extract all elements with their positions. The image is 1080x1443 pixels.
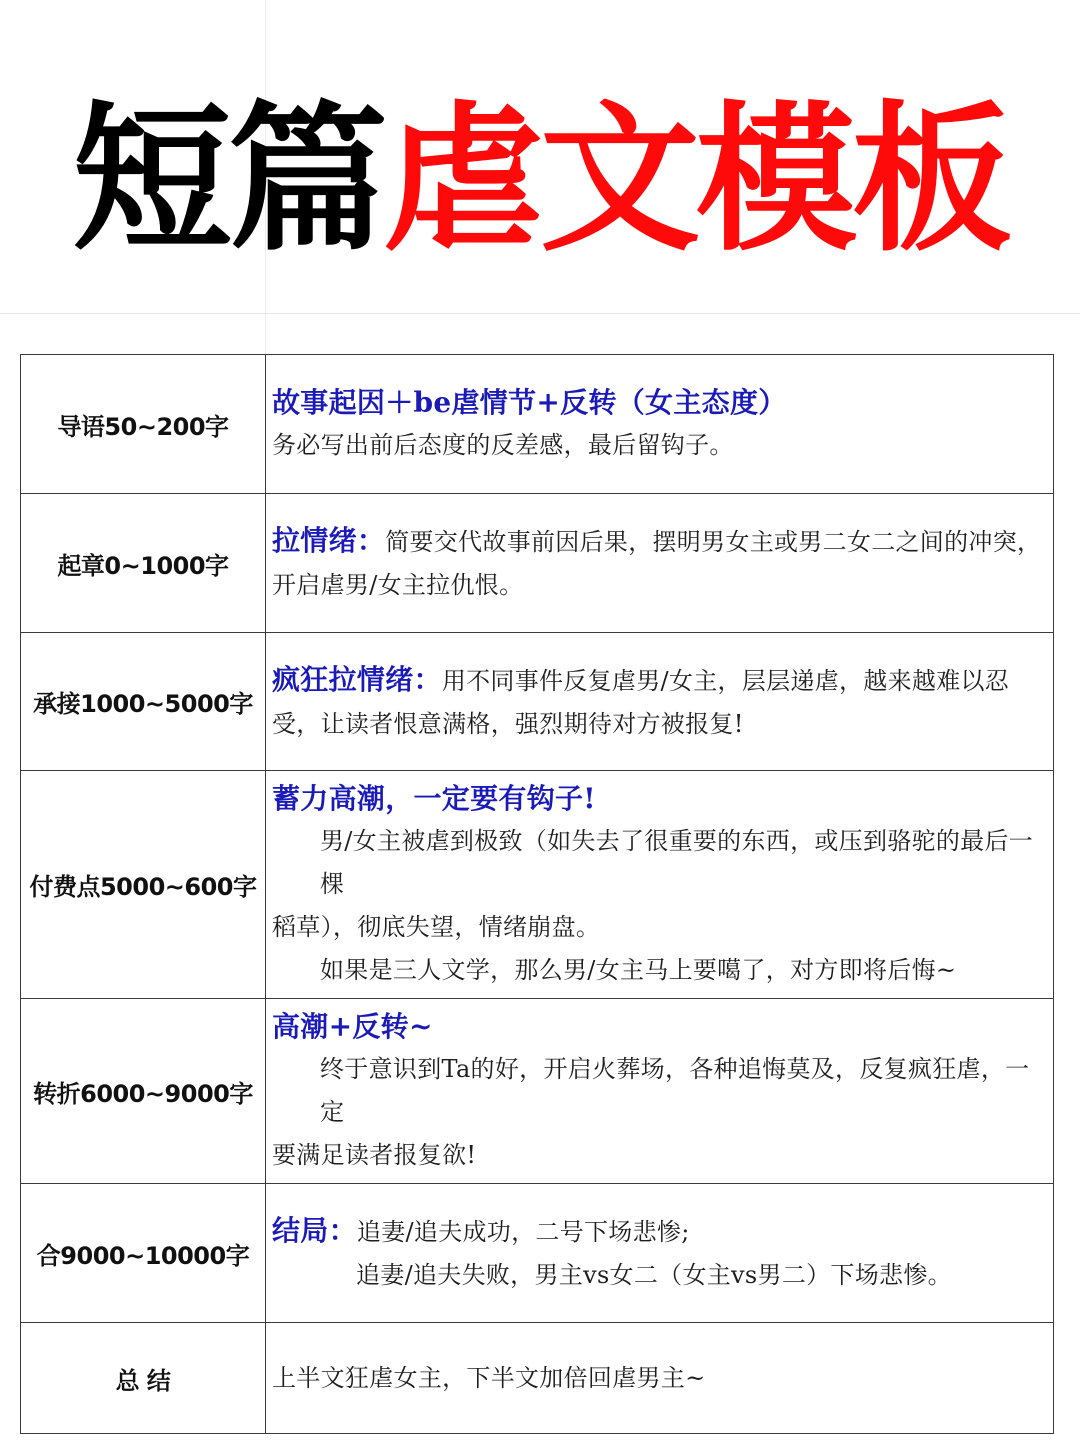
row-content: 高潮+反转~ 终于意识到Ta的好，开启火葬场，各种追悔莫及，反复疯狂虐，一定 要…: [266, 999, 1054, 1184]
row-heading: 蓄力高潮，一定要有钩子!: [272, 777, 1047, 820]
row-heading: 高潮+反转~: [272, 1005, 1047, 1048]
row-text: 上半文狂虐女主，下半文加倍回虐男主~: [272, 1357, 1047, 1400]
row-label: 起章0~1000字: [21, 494, 266, 633]
title-red-part: 虐文模板: [384, 86, 1008, 273]
table-row: 转折6000~9000字 高潮+反转~ 终于意识到Ta的好，开启火葬场，各种追悔…: [21, 999, 1054, 1184]
row-text: 终于意识到Ta的好，开启火葬场，各种追悔莫及，反复疯狂虐，一定: [272, 1048, 1047, 1134]
row-label: 导语50~200字: [21, 355, 266, 494]
row-heading: 疯狂拉情绪：: [272, 663, 442, 696]
table-row: 起章0~1000字 拉情绪：简要交代故事前因后果，摆明男女主或男二女二之间的冲突…: [21, 494, 1054, 633]
row-text: 开启虐男/女主拉仇恨。: [272, 564, 1047, 607]
row-text: 用不同事件反复虐男/女主，层层递虐，越来越难以忍: [442, 667, 1009, 695]
table-row: 承接1000~5000字 疯狂拉情绪：用不同事件反复虐男/女主，层层递虐，越来越…: [21, 633, 1054, 771]
page-title: 短篇虐文模板: [0, 90, 1080, 270]
row-text: 追妻/追夫失败，男主vs女二（女主vs男二）下场悲惨。: [272, 1254, 1047, 1297]
row-content: 上半文狂虐女主，下半文加倍回虐男主~: [266, 1323, 1054, 1434]
grid-line-horizontal: [0, 313, 1080, 314]
row-label: 承接1000~5000字: [21, 633, 266, 771]
row-label: 总 结: [21, 1323, 266, 1434]
template-table: 导语50~200字 故事起因＋be虐情节+反转（女主态度） 务必写出前后态度的反…: [20, 354, 1054, 1434]
row-heading: 拉情绪：: [272, 524, 385, 557]
row-label: 合9000~10000字: [21, 1184, 266, 1323]
row-heading: 结局：: [272, 1214, 357, 1247]
row-text: 追妻/追夫成功，二号下场悲惨;: [357, 1218, 690, 1246]
row-text: 男/女主被虐到极致（如失去了很重要的东西，或压到骆驼的最后一棵: [272, 820, 1047, 906]
row-label: 转折6000~9000字: [21, 999, 266, 1184]
row-text: 稻草），彻底失望，情绪崩盘。: [272, 906, 1047, 949]
row-content: 拉情绪：简要交代故事前因后果，摆明男女主或男二女二之间的冲突， 开启虐男/女主拉…: [266, 494, 1054, 633]
row-text: 简要交代故事前因后果，摆明男女主或男二女二之间的冲突，: [385, 528, 1041, 556]
row-text: 受，让读者恨意满格，强烈期待对方被报复!: [272, 703, 1047, 746]
row-content: 故事起因＋be虐情节+反转（女主态度） 务必写出前后态度的反差感，最后留钩子。: [266, 355, 1054, 494]
table-row: 付费点5000~600字 蓄力高潮，一定要有钩子! 男/女主被虐到极致（如失去了…: [21, 771, 1054, 999]
row-heading: 故事起因＋be虐情节+反转（女主态度）: [272, 381, 1047, 424]
row-text: 务必写出前后态度的反差感，最后留钩子。: [272, 424, 1047, 467]
row-content: 蓄力高潮，一定要有钩子! 男/女主被虐到极致（如失去了很重要的东西，或压到骆驼的…: [266, 771, 1054, 999]
table-row: 总 结 上半文狂虐女主，下半文加倍回虐男主~: [21, 1323, 1054, 1434]
title-black-part: 短篇: [72, 86, 384, 273]
row-content: 疯狂拉情绪：用不同事件反复虐男/女主，层层递虐，越来越难以忍 受，让读者恨意满格…: [266, 633, 1054, 771]
row-text: 如果是三人文学，那么男/女主马上要噶了，对方即将后悔~: [272, 949, 1047, 992]
row-label: 付费点5000~600字: [21, 771, 266, 999]
row-content: 结局：追妻/追夫成功，二号下场悲惨; 追妻/追夫失败，男主vs女二（女主vs男二…: [266, 1184, 1054, 1323]
table-row: 导语50~200字 故事起因＋be虐情节+反转（女主态度） 务必写出前后态度的反…: [21, 355, 1054, 494]
table-row: 合9000~10000字 结局：追妻/追夫成功，二号下场悲惨; 追妻/追夫失败，…: [21, 1184, 1054, 1323]
row-text: 要满足读者报复欲!: [272, 1134, 1047, 1177]
